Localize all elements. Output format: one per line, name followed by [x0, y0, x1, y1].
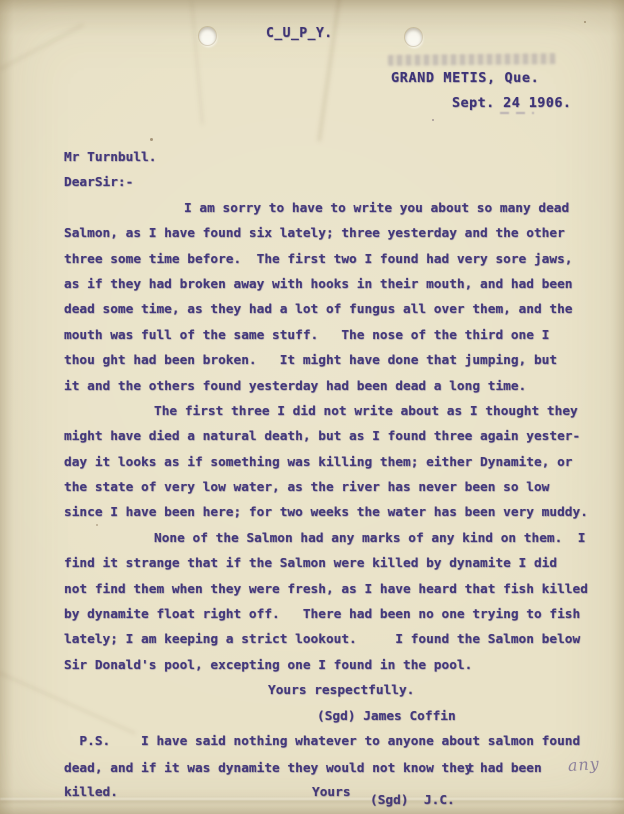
- body-line: Sir Donald's pool, excepting one I found…: [64, 653, 604, 678]
- body-line: the state of very low water, as the rive…: [64, 475, 604, 500]
- paper-speck: [584, 21, 586, 23]
- body-line: since I have been here; for two weeks th…: [64, 500, 604, 525]
- copy-label: C_U_P_Y.: [266, 26, 333, 41]
- ps-line-2-text: dead, and if it was dynamite they would …: [64, 761, 465, 776]
- handwritten-insertion: any: [567, 751, 601, 779]
- faint-pencil-marks: [500, 112, 534, 114]
- body-line: I am sorry to have to write you about so…: [64, 196, 604, 221]
- body-line: Salmon, as I have found six lately; thre…: [64, 221, 604, 246]
- paper-speck: [150, 138, 153, 141]
- body-line: day it looks as if something was killing…: [64, 450, 604, 475]
- erased-typed-text-smudge: [388, 53, 556, 66]
- closing-line: Yours respectfully.: [64, 678, 604, 703]
- body-line: lately; I am keeping a strict lookout. I…: [64, 627, 604, 652]
- body-line: as if they had broken away with hooks in…: [64, 272, 604, 297]
- paper-crease: [191, 0, 204, 125]
- ps-line-3: killed.Yours: [64, 780, 604, 805]
- punch-hole-right: [405, 28, 422, 46]
- signature-line: (Sgd) James Coffin: [64, 704, 604, 729]
- letter-page: C_U_P_Y. GRAND METIS, Que. Sept. 24 1906…: [0, 0, 624, 814]
- body-line: None of the Salmon had any marks of any …: [64, 526, 604, 551]
- punch-hole-left: [199, 27, 216, 45]
- body-line: thou ght had been broken. It might have …: [64, 348, 604, 373]
- salutation-line: DearSir:-: [64, 170, 604, 195]
- body-line: mouth was full of the same stuff. The no…: [64, 323, 604, 348]
- body-line: find it strange that if the Salmon were …: [64, 551, 604, 576]
- body-line: The first three I did not write about as…: [64, 399, 604, 424]
- place-line: GRAND METIS, Que.: [391, 70, 539, 86]
- paper-speck: [432, 119, 434, 121]
- body-line: dead some time, as they had a lot of fun…: [64, 297, 604, 322]
- body-line: might have died a natural death, but as …: [64, 424, 604, 449]
- body-line: it and the others found yesterday had be…: [64, 374, 604, 399]
- letter-body: Mr Turnbull. DearSir:- I am sorry to hav…: [64, 145, 604, 814]
- paper-crease: [318, 0, 342, 141]
- ps-line-2: dead, and if it was dynamite they would …: [64, 754, 604, 779]
- overstruck-character: yt: [465, 756, 473, 781]
- body-line: not find them when they were fresh, as I…: [64, 577, 604, 602]
- ps-line-1: P.S. I have said nothing whatever to any…: [64, 729, 604, 754]
- ps-line-2-text-after: had been: [472, 761, 541, 776]
- recipient-line: Mr Turnbull.: [64, 145, 604, 170]
- date-line: Sept. 24 1906.: [452, 95, 571, 111]
- body-line: by dynamite float right off. There had b…: [64, 602, 604, 627]
- ps-yours-text: Yours: [312, 780, 351, 805]
- body-line: three some time before. The first two I …: [64, 247, 604, 272]
- paper-crease: [0, 24, 84, 70]
- ps-killed-text: killed.: [64, 785, 118, 800]
